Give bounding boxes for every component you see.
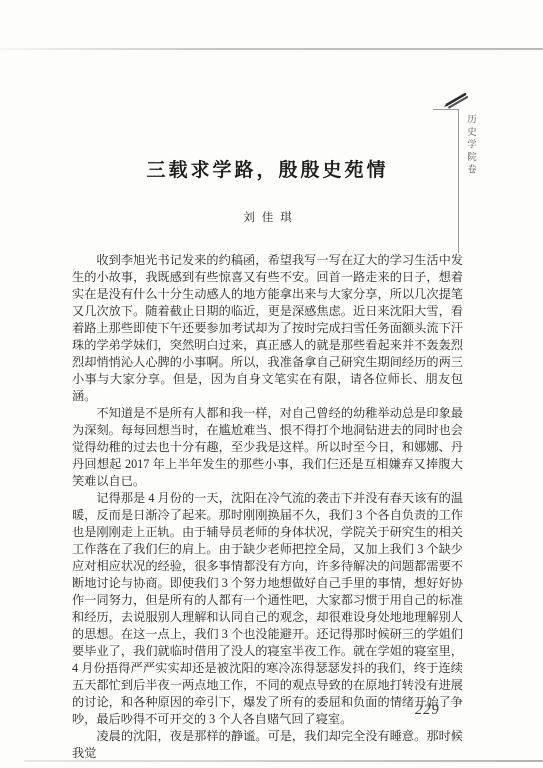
page-number: 229 [415,702,463,719]
paragraph-4: 凌晨的沈阳，夜是那样的静谧。可是，我们却完全没有睡意。那时候我觉 [72,728,463,762]
page-top-edge [0,48,543,50]
pencil-icon [443,91,469,109]
page-title: 三载求学路，殷殷史苑情 [72,155,463,182]
volume-side-label: 历史学院卷 [463,114,477,177]
margin-corner-hline [433,109,459,110]
paragraph-3: 记得那是 4 月份的一天，沈阳在冷气流的袭击下并没有春天该有的温暖，反而是日渐冷… [72,490,463,728]
paragraph-1: 收到李旭光书记发来的约稿函，希望我写一写在辽大的学习生活中发生的小故事，我既感到… [72,252,463,405]
scanned-book-page: 历史学院卷 三载求学路，殷殷史苑情 刘佳琪 收到李旭光书记发来的约稿函，希望我写… [0,0,543,768]
paragraph-2: 不知道是不是所有人都和我一样，对自己曾经的幼稚举动总是印象最为深刻。每每回想当时… [72,405,463,490]
article-body: 收到李旭光书记发来的约稿函，希望我写一写在辽大的学习生活中发生的小故事，我既感到… [72,252,463,762]
author-name: 刘佳琪 [72,209,463,225]
